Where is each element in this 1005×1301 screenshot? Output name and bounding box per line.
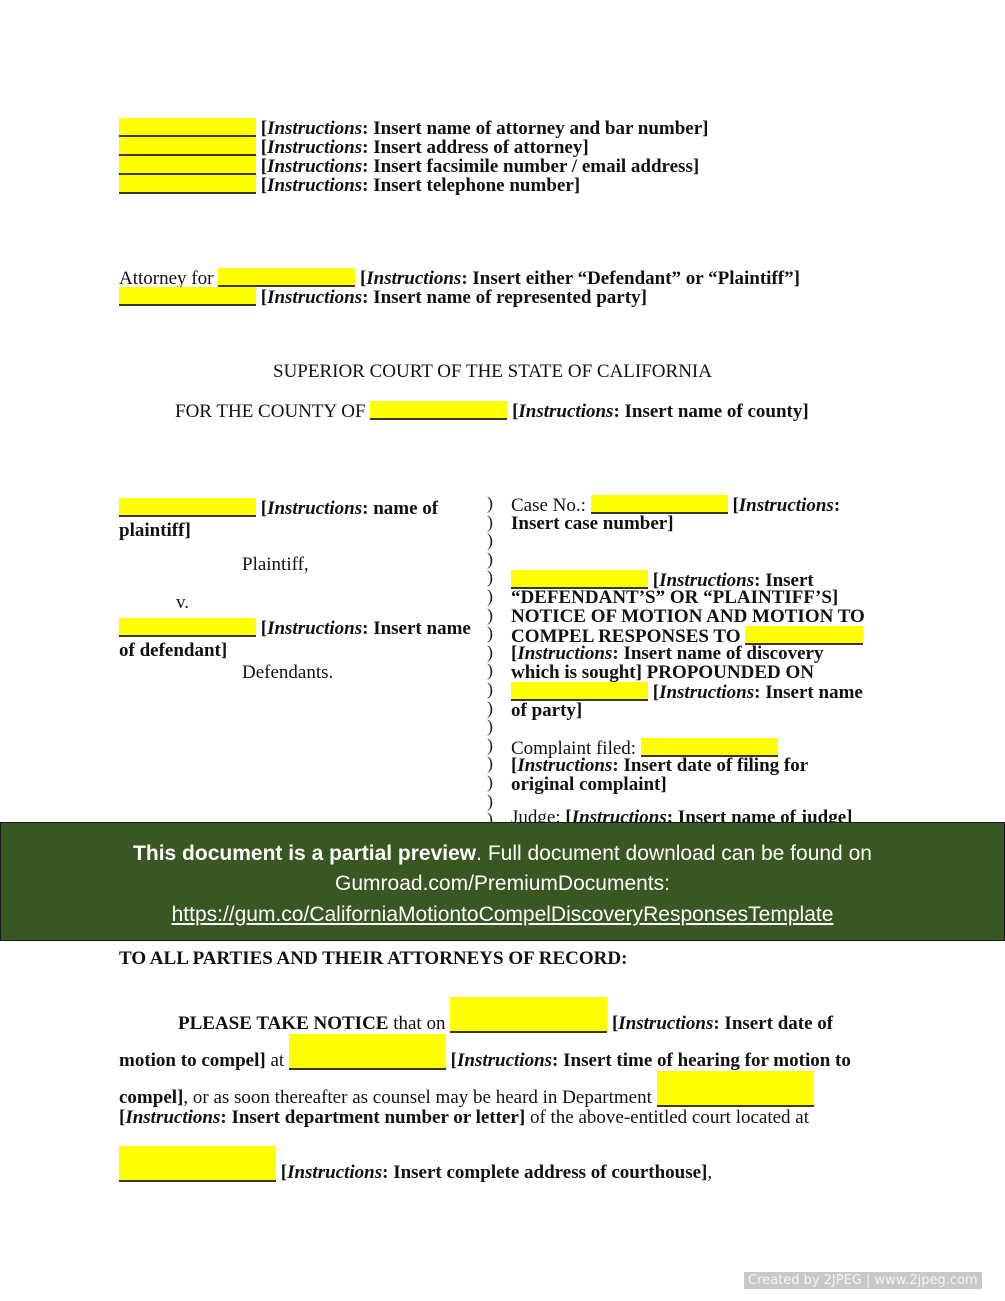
banner-bold-text: This document is a partial preview <box>133 842 476 865</box>
caption-paren: ) <box>487 754 493 773</box>
instr-text: : Insert name of represented party] <box>362 287 647 308</box>
caption-paren: ) <box>487 643 493 662</box>
instr-label: Instructions <box>366 268 461 289</box>
instr-text: : Insert complete address of courthouse] <box>382 1162 707 1183</box>
party-role-field[interactable] <box>218 268 355 287</box>
notice-line5: [Instructions: Insert complete address o… <box>119 1146 712 1182</box>
propounding-party-line: [Instructions: Insert name <box>511 682 863 702</box>
court-title: SUPERIOR COURT OF THE STATE OF CALIFORNI… <box>273 362 712 381</box>
caption-paren: ) <box>487 792 493 811</box>
instr-text: : Insert department number or letter] <box>220 1107 525 1128</box>
instr-label: Instructions <box>518 401 613 422</box>
instr-text: motion to compel] <box>119 1050 266 1071</box>
county-label: FOR THE COUNTY OF <box>175 401 370 422</box>
notice-text: at <box>266 1050 289 1071</box>
instr-label: Instructions <box>125 1107 220 1128</box>
instr-text: : Insert either “Defendant” or “Plaintif… <box>461 268 800 289</box>
versus-label: v. <box>176 593 189 612</box>
notice-text: of the above-entitled court located at <box>525 1107 809 1128</box>
instr-text: : Insert date of <box>713 1013 833 1034</box>
caption-paren: ) <box>487 661 493 680</box>
case-number-field[interactable] <box>591 495 728 514</box>
caption-paren: ) <box>487 624 493 643</box>
notice-line3: compel], or as soon thereafter as counse… <box>119 1071 814 1107</box>
document-title-line5: [Instructions: Insert name of discovery <box>511 644 823 663</box>
county-line: FOR THE COUNTY OF [Instructions: Insert … <box>175 401 809 421</box>
instr-label: Instructions <box>659 682 754 703</box>
instr-label: Instructions <box>267 618 362 639</box>
instr-text: : Insert facsimile number / email addres… <box>362 156 699 177</box>
plaintiff-name-field[interactable] <box>119 498 256 517</box>
instr-text: of defendant] <box>119 641 227 660</box>
instr-text: : Insert time of hearing for motion to <box>552 1050 851 1071</box>
attorney-name-line: [Instructions: Insert name of attorney a… <box>119 118 709 138</box>
instr-label: Instructions <box>267 287 362 308</box>
caption-paren: ) <box>487 587 493 606</box>
notice-line1: PLEASE TAKE NOTICE that on [Instructions… <box>178 997 833 1033</box>
notice-text: that on <box>388 1013 450 1034</box>
instr-text: : Insert name <box>754 682 863 703</box>
attorney-phone-field[interactable] <box>119 175 256 194</box>
attorney-name-field[interactable] <box>119 118 256 137</box>
partial-preview-banner: This document is a partial preview. Full… <box>0 822 1005 941</box>
instr-label: Instructions <box>267 118 362 139</box>
hearing-time-field[interactable] <box>289 1034 446 1070</box>
defendants-label: Defendants. <box>242 663 333 682</box>
document-title-line6: which is sought] PROPOUNDED ON <box>511 663 814 682</box>
document-title-line2: “DEFENDANT’S” OR “PLAINTIFF’S] <box>511 588 838 607</box>
notice-line2: motion to compel] at [Instructions: Inse… <box>119 1034 851 1070</box>
download-link[interactable]: https://gum.co/CaliforniaMotiontoCompelD… <box>1 903 1004 927</box>
plaintiff-label: Plaintiff, <box>242 555 309 574</box>
defendant-name-field[interactable] <box>119 618 256 637</box>
banner-line1: This document is a partial preview. Full… <box>1 842 1004 866</box>
banner-text: . Full document download can be found on <box>476 842 872 865</box>
attorney-phone-line: [Instructions: Insert telephone number] <box>119 175 580 195</box>
instr-label: Instructions <box>287 1162 382 1183</box>
attorney-for-line: Attorney for [Instructions: Insert eithe… <box>119 268 800 288</box>
motion-date-field[interactable] <box>450 997 607 1033</box>
notice-line4: [Instructions: Insert department number … <box>119 1108 809 1127</box>
caption-paren: ) <box>487 606 493 625</box>
notice-text: , or as soon thereafter as counsel may b… <box>183 1087 656 1108</box>
instr-text: : Insert name <box>362 618 471 639</box>
caption-paren: ) <box>487 736 493 755</box>
attorney-fax-line: [Instructions: Insert facsimile number /… <box>119 156 699 176</box>
defendant-line: [Instructions: Insert name <box>119 618 471 638</box>
caption-paren: ) <box>487 699 493 718</box>
attorney-for-label: Attorney for <box>119 268 218 289</box>
instr-text: : Insert telephone number] <box>362 175 580 196</box>
instr-text: : <box>834 495 840 516</box>
instr-text: : Insert name of attorney and bar number… <box>362 118 708 139</box>
instr-text: : Insert date of filing for <box>612 755 808 776</box>
instr-text: of party] <box>511 701 582 720</box>
instr-text: Insert case number] <box>511 514 674 533</box>
salutation: TO ALL PARTIES AND THEIR ATTORNEYS OF RE… <box>119 949 627 968</box>
caption-paren: ) <box>487 568 493 587</box>
attorney-address-line: [Instructions: Insert address of attorne… <box>119 137 589 157</box>
attorney-address-field[interactable] <box>119 137 256 156</box>
complaint-instr-line: [Instructions: Insert date of filing for <box>511 756 808 775</box>
instr-text: : Insert name of county] <box>613 401 808 422</box>
propounding-party-field[interactable] <box>511 682 648 701</box>
instr-label: Instructions <box>457 1050 552 1071</box>
case-number-line: Case No.: [Instructions: <box>511 495 840 515</box>
represented-party-line: [Instructions: Insert name of represente… <box>119 287 647 307</box>
caption-paren: ) <box>487 773 493 792</box>
instr-label: Instructions <box>267 137 362 158</box>
caption-paren: ) <box>487 680 493 699</box>
notice-bold: PLEASE TAKE NOTICE <box>178 1013 388 1034</box>
plaintiff-line: [Instructions: name of <box>119 498 438 518</box>
courthouse-address-field[interactable] <box>119 1146 276 1182</box>
watermark: Created by 2JPEG | www.2jpeg.com <box>744 1272 982 1289</box>
county-field[interactable] <box>370 401 507 420</box>
caption-paren: ) <box>487 494 493 513</box>
instr-text: plaintiff] <box>119 521 191 540</box>
instr-label: Instructions <box>618 1013 713 1034</box>
instr-label: Instructions <box>517 755 612 776</box>
attorney-fax-field[interactable] <box>119 156 256 175</box>
caption-paren: ) <box>487 513 493 532</box>
instr-text: : Insert name of discovery <box>612 643 823 664</box>
caption-paren: ) <box>487 531 493 550</box>
caption-paren: ) <box>487 550 493 569</box>
caption-paren: ) <box>487 717 493 736</box>
document-title-line3: NOTICE OF MOTION AND MOTION TO <box>511 607 865 626</box>
caption-divider: )))))))))))))))))) <box>487 494 493 829</box>
department-field[interactable] <box>657 1071 814 1107</box>
instr-label: Instructions <box>517 643 612 664</box>
instr-text: : name of <box>362 498 438 519</box>
notice-text: , <box>707 1162 712 1183</box>
instr-label: Instructions <box>267 175 362 196</box>
banner-line2: Gumroad.com/PremiumDocuments: <box>1 872 1004 896</box>
instr-label: Instructions <box>739 495 834 516</box>
instr-text: compel] <box>119 1087 183 1108</box>
instr-label: Instructions <box>267 156 362 177</box>
instr-text: original complaint] <box>511 775 667 794</box>
instr-text: : Insert address of attorney] <box>362 137 589 158</box>
represented-party-field[interactable] <box>119 287 256 306</box>
instr-label: Instructions <box>267 498 362 519</box>
